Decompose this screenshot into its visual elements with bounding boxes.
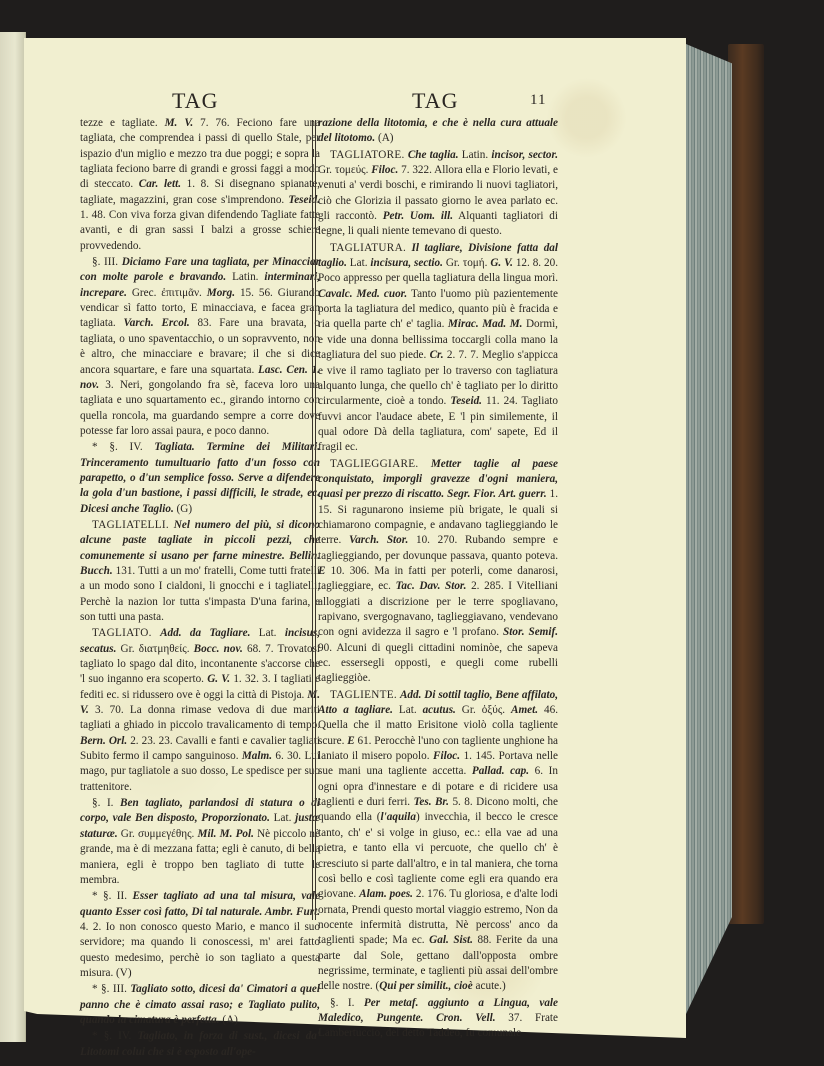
facing-page-edge	[0, 32, 26, 1042]
italic-text: razione della litotomia, e che è nella c…	[318, 117, 558, 144]
dictionary-entry: TAGLIATO. Add. da Tagliare. Lat. incisus…	[80, 626, 320, 795]
page-stack-fore-edge	[686, 44, 732, 1014]
entry-text: Grec. ἐπιτιμᾶν.	[127, 287, 207, 299]
italic-text: Car. lett.	[139, 178, 181, 190]
italic-text: M. V.	[165, 117, 194, 129]
entry-text: * §. III.	[92, 983, 130, 995]
italic-text: Gal. Sist.	[429, 934, 473, 946]
entry-headword: TAGLIATURA.	[330, 242, 406, 254]
column-divider-rule	[312, 120, 316, 920]
italic-text: Mirac. Mad. M.	[448, 318, 523, 330]
entry-text: Lat.	[270, 812, 295, 824]
entry-text: Gr. συμμεγέθης.	[118, 828, 198, 840]
right-column: razione della litotomia, e che è nella c…	[318, 116, 558, 1043]
entry-text: (A)	[375, 132, 393, 144]
italic-text: Varch. Ercol.	[124, 317, 190, 329]
italic-text: Alam. poes.	[359, 888, 413, 900]
entry-text: tezze e tagliate.	[80, 117, 165, 129]
entry-text: 1. 48. Con viva forza givan difendendo T…	[80, 209, 320, 252]
dictionary-entry: * §. IV. Tagliato, in forza di sust., di…	[80, 1029, 320, 1060]
entry-text: §. III.	[92, 256, 122, 268]
dictionary-entry: * §. II. Esser tagliato ad una tal misur…	[80, 889, 320, 981]
italic-text: Stor. Semif.	[503, 626, 558, 638]
italic-text: Amet.	[511, 704, 538, 716]
italic-text: Teseid.	[450, 395, 482, 407]
italic-text: Bocc. nov.	[194, 643, 243, 655]
entry-text: 3. 70. La donna rimase vedova di due mar…	[80, 704, 320, 731]
italic-text: E	[347, 735, 354, 747]
italic-text: Filoc.	[371, 164, 398, 176]
italic-text: l'aquila	[381, 811, 416, 823]
entry-text: Latin.	[226, 271, 264, 283]
dictionary-entry: TAGLIEGGIARE. Metter taglie al paese con…	[318, 457, 558, 687]
entry-text: (G)	[174, 503, 192, 515]
entry-text: 90. Alcuni di quegli cittadini nominòe, …	[318, 642, 558, 685]
italic-text: Cr.	[430, 349, 444, 361]
dictionary-entry: razione della litotomia, e che è nella c…	[318, 116, 558, 147]
entry-text	[418, 458, 430, 470]
italic-text: Che taglia.	[408, 149, 459, 161]
dictionary-entry: TAGLIATORE. Che taglia. Latin. incisor, …	[318, 148, 558, 240]
italic-text: Petr. Uom. ill.	[383, 210, 453, 222]
italic-text: Qui per similit., cioè	[379, 980, 473, 992]
entry-headword: TAGLIATO.	[92, 627, 152, 639]
entry-text: 3. Neri, gongolando fra sè, faceva loro …	[80, 379, 320, 437]
left-column: tezze e tagliate. M. V. 7. 76. Feciono f…	[80, 116, 320, 1061]
entry-text: Gr. διατμηθείς.	[116, 643, 193, 655]
entry-text: Gr. τομεύς.	[318, 164, 371, 176]
entry-headword: TAGLIATELLI.	[92, 519, 169, 531]
entry-text: Latin.	[459, 149, 492, 161]
italic-text: Mil. M. Pol.	[198, 828, 254, 840]
italic-text: Pallad. cap.	[472, 765, 529, 777]
entry-text: * §. II.	[92, 890, 132, 902]
italic-text: Tes. Br.	[414, 796, 449, 808]
entry-text: Gr. τομή.	[443, 257, 490, 269]
entry-headword: TAGLIEGGIARE.	[330, 458, 418, 470]
dictionary-entry: TAGLIATELLI. Nel numero del più, si dico…	[80, 518, 320, 625]
italic-text: Varch. Stor.	[349, 534, 408, 546]
entry-text: * §. IV.	[92, 1030, 137, 1042]
italic-text: G. V.	[490, 257, 513, 269]
entry-text: acute.)	[473, 980, 506, 992]
entry-text: (A)	[220, 1014, 238, 1026]
entry-text: Gr. ὀξύς.	[456, 704, 511, 716]
dictionary-entry: tezze e tagliate. M. V. 7. 76. Feciono f…	[80, 116, 320, 254]
entry-text: ) invecchia, il becco le cresce tanto, c…	[318, 811, 558, 900]
dictionary-entry: §. I. Per metaf. aggiunto a Lingua, vale…	[318, 996, 558, 1042]
dictionary-entry: §. I. Ben tagliato, parlandosi di statur…	[80, 796, 320, 888]
entry-headword: TAGLIATORE.	[330, 149, 405, 161]
entry-text: Lat.	[250, 627, 284, 639]
italic-text: G. V.	[207, 673, 230, 685]
dictionary-entry: * §. IV. Tagliata. Termine dei Militari.…	[80, 440, 320, 517]
italic-text: Tac. Dav. Stor.	[396, 580, 467, 592]
entry-text: 131. Tutti a un mo' fratelli, Come tutti…	[80, 565, 320, 623]
entry-text: §. I.	[92, 797, 120, 809]
dictionary-entry: TAGLIATURA. Il tagliare, Divisione fatta…	[318, 241, 558, 456]
running-head-left: TAG	[172, 88, 218, 114]
entry-text: 4. 2. Io non conosco questo Mario, e man…	[80, 921, 320, 979]
italic-text: Bern. Orl.	[80, 735, 127, 747]
dictionary-entry: §. III. Diciamo Fare una tagliata, per M…	[80, 255, 320, 439]
italic-text: Filoc.	[433, 750, 460, 762]
italic-text: Morg.	[207, 287, 235, 299]
book-cover-edge	[728, 44, 764, 924]
italic-text: incisura, sectio.	[370, 257, 443, 269]
entry-text: Lat.	[393, 704, 423, 716]
italic-text: Add. da Tagliare.	[160, 627, 250, 639]
entry-text: §. I.	[330, 997, 364, 1009]
entry-headword: TAGLIENTE.	[330, 689, 397, 701]
entry-text: Lat.	[347, 257, 371, 269]
dictionary-entry: * §. III. Tagliato sotto, dicesi da' Cim…	[80, 982, 320, 1028]
italic-text: Cavalc. Med. cuor.	[318, 288, 407, 300]
running-head-right: TAG	[412, 88, 458, 114]
dictionary-entry: TAGLIENTE. Add. Di sottil taglio, Bene a…	[318, 688, 558, 995]
italic-text: Malm.	[242, 750, 272, 762]
italic-text: acutus.	[423, 704, 456, 716]
entry-text: * §. IV.	[92, 441, 154, 453]
page-number: 11	[530, 92, 546, 109]
italic-text: incisor, sector.	[491, 149, 558, 161]
entry-text	[152, 627, 160, 639]
